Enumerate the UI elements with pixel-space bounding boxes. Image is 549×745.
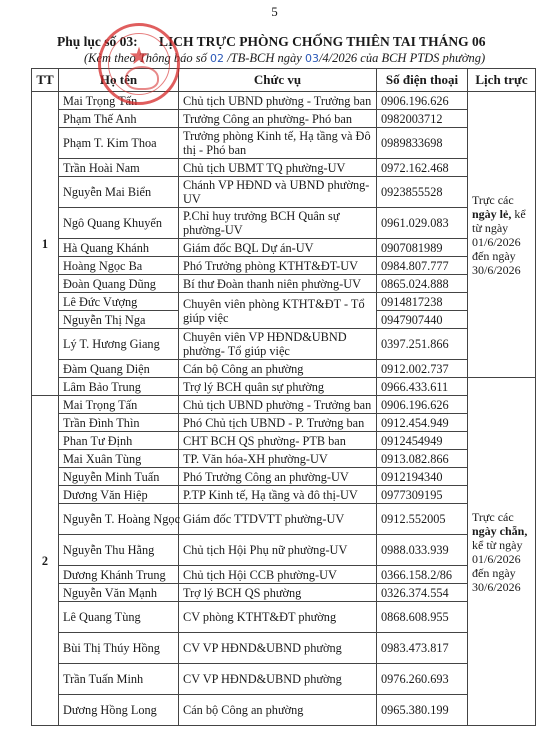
member-name: Lê Đức Vượng bbox=[59, 293, 179, 311]
member-role: Chuyên viên VP HĐND&UBND phường- Tổ giúp… bbox=[179, 329, 377, 360]
table-row: Nguyễn Văn MạnhTrợ lý BCH QS phường0326.… bbox=[32, 584, 536, 602]
member-role: Chủ tịch Hội CCB phường-UV bbox=[179, 566, 377, 584]
notice-day-handwritten: 03 bbox=[305, 52, 319, 65]
table-row: Nguyễn T. Hoàng NgọcGiám đốc TTDVTT phườ… bbox=[32, 504, 536, 535]
member-role: Chánh VP HĐND và UBND phường-UV bbox=[179, 177, 377, 208]
table-header-row: TT Họ tên Chức vụ Số điện thoại Lịch trự… bbox=[32, 69, 536, 92]
member-role: Phó Trưởng Công an phường-UV bbox=[179, 468, 377, 486]
table-row: 2Mai Trọng TấnChủ tịch UBND phường - Trư… bbox=[32, 396, 536, 414]
member-phone: 0912.002.737 bbox=[377, 360, 468, 378]
member-phone: 0976.260.693 bbox=[377, 664, 468, 695]
member-phone: 0923855528 bbox=[377, 177, 468, 208]
table-row: Lâm Bảo TrungTrợ lý BCH quân sự phường09… bbox=[32, 378, 536, 396]
table-row: Ngô Quang KhuyếnP.Chỉ huy trưởng BCH Quâ… bbox=[32, 208, 536, 239]
member-role: Chuyên viên phòng KTHT&ĐT - Tổ giúp việc bbox=[179, 293, 377, 329]
table-row: Dương Văn HiệpP.TP Kinh tế, Hạ tầng và đ… bbox=[32, 486, 536, 504]
table-row: Hà Quang KhánhGiám đốc BQL Dự án-UV09070… bbox=[32, 239, 536, 257]
table-row: Lê Quang TùngCV phòng KTHT&ĐT phường0868… bbox=[32, 602, 536, 633]
member-phone: 0906.196.626 bbox=[377, 396, 468, 414]
member-name: Mai Trọng Tấn bbox=[59, 396, 179, 414]
schedule-range: kể từ ngày 01/6/2026 đến ngày 30/6/2026 bbox=[472, 538, 523, 594]
member-phone: 0988.033.939 bbox=[377, 535, 468, 566]
member-name: Trần Hoài Nam bbox=[59, 159, 179, 177]
member-role: TP. Văn hóa-XH phường-UV bbox=[179, 450, 377, 468]
table-row: Nguyễn Mai BiểnChánh VP HĐND và UBND phư… bbox=[32, 177, 536, 208]
member-phone: 0983.473.817 bbox=[377, 633, 468, 664]
table-row: Đàm Quang DiệnCán bộ Công an phường0912.… bbox=[32, 360, 536, 378]
member-name: Đàm Quang Diện bbox=[59, 360, 179, 378]
table-row: Lê Đức VượngChuyên viên phòng KTHT&ĐT - … bbox=[32, 293, 536, 311]
table-row: Lý T. Hương GiangChuyên viên VP HĐND&UBN… bbox=[32, 329, 536, 360]
member-phone: 0982003712 bbox=[377, 110, 468, 128]
table-row: Nguyễn Thu HằngChủ tịch Hội Phụ nữ phườn… bbox=[32, 535, 536, 566]
member-name: Mai Trọng Tấn bbox=[59, 92, 179, 110]
member-name: Hà Quang Khánh bbox=[59, 239, 179, 257]
member-phone: 0366.158.2/86 bbox=[377, 566, 468, 584]
member-name: Nguyễn Thu Hằng bbox=[59, 535, 179, 566]
table-row: Phan Tư ĐịnhCHT BCH QS phường- PTB ban09… bbox=[32, 432, 536, 450]
member-name: Bùi Thị Thúy Hồng bbox=[59, 633, 179, 664]
table-row: Trần Đình ThìnPhó Chủ tịch UBND - P. Trư… bbox=[32, 414, 536, 432]
member-phone: 0868.608.955 bbox=[377, 602, 468, 633]
schedule-cell-group-1: Trực các ngày lẻ, kể từ ngày 01/6/2026 đ… bbox=[468, 92, 536, 378]
member-name: Phạm Thế Anh bbox=[59, 110, 179, 128]
member-phone: 0965.380.199 bbox=[377, 695, 468, 726]
schedule-prefix: Trực các bbox=[472, 193, 514, 207]
subtitle-prefix: (Kèm theo Thông báo số bbox=[84, 51, 210, 65]
page-number: 5 bbox=[0, 4, 549, 20]
member-role: Cán bộ Công an phường bbox=[179, 695, 377, 726]
group-number: 2 bbox=[32, 396, 59, 726]
member-name: Trần Tuấn Minh bbox=[59, 664, 179, 695]
member-role: Phó Trưởng phòng KTHT&ĐT-UV bbox=[179, 257, 377, 275]
member-name: Nguyễn Thị Nga bbox=[59, 311, 179, 329]
member-name: Hoàng Ngọc Ba bbox=[59, 257, 179, 275]
member-phone: 0966.433.611 bbox=[377, 378, 468, 396]
member-role: Chủ tịch Hội Phụ nữ phường-UV bbox=[179, 535, 377, 566]
column-header-name: Họ tên bbox=[59, 69, 179, 92]
member-role: CV phòng KTHT&ĐT phường bbox=[179, 602, 377, 633]
table-row: Trần Tuấn MinhCV VP HĐND&UBND phường0976… bbox=[32, 664, 536, 695]
member-role: Trưởng phòng Kinh tế, Hạ tầng và Đô thị … bbox=[179, 128, 377, 159]
member-phone: 0326.374.554 bbox=[377, 584, 468, 602]
member-name: Dương Văn Hiệp bbox=[59, 486, 179, 504]
member-name: Lâm Bảo Trung bbox=[59, 378, 179, 396]
member-phone: 0913.082.866 bbox=[377, 450, 468, 468]
member-phone: 0961.029.083 bbox=[377, 208, 468, 239]
table-row: Dương Khánh TrungChủ tịch Hội CCB phường… bbox=[32, 566, 536, 584]
member-role: Trưởng Công an phường- Phó ban bbox=[179, 110, 377, 128]
appendix-label: Phụ lục số 03: bbox=[57, 34, 138, 49]
schedule-day-type: ngày lẻ, bbox=[472, 207, 511, 221]
member-phone: 0865.024.888 bbox=[377, 275, 468, 293]
member-name: Trần Đình Thìn bbox=[59, 414, 179, 432]
member-name: Phan Tư Định bbox=[59, 432, 179, 450]
member-phone: 0397.251.866 bbox=[377, 329, 468, 360]
member-name: Nguyễn T. Hoàng Ngọc bbox=[59, 504, 179, 535]
member-phone: 0906.196.626 bbox=[377, 92, 468, 110]
member-phone: 0977309195 bbox=[377, 486, 468, 504]
member-name: Lý T. Hương Giang bbox=[59, 329, 179, 360]
member-name: Nguyễn Mai Biển bbox=[59, 177, 179, 208]
table-row: Phạm Thế AnhTrưởng Công an phường- Phó b… bbox=[32, 110, 536, 128]
member-name: Mai Xuân Tùng bbox=[59, 450, 179, 468]
member-role: Bí thư Đoàn thanh niên phường-UV bbox=[179, 275, 377, 293]
schedule-prefix: Trực các bbox=[472, 510, 514, 524]
table-row: Hoàng Ngọc BaPhó Trưởng phòng KTHT&ĐT-UV… bbox=[32, 257, 536, 275]
member-name: Đoàn Quang Dũng bbox=[59, 275, 179, 293]
member-phone: 0912.454.949 bbox=[377, 414, 468, 432]
table-row: 1Mai Trọng TấnChủ tịch UBND phường - Trư… bbox=[32, 92, 536, 110]
member-role: Chủ tịch UBMT TQ phường-UV bbox=[179, 159, 377, 177]
member-role: Trợ lý BCH QS phường bbox=[179, 584, 377, 602]
group-number: 1 bbox=[32, 92, 59, 396]
document-title: Phụ lục số 03: LỊCH TRỰC PHÒNG CHỐNG THI… bbox=[57, 34, 485, 50]
member-name: Phạm T. Kim Thoa bbox=[59, 128, 179, 159]
schedule-cell-group-2: Trực các ngày chẵn, kể từ ngày 01/6/2026… bbox=[468, 378, 536, 726]
member-phone: 0912194340 bbox=[377, 468, 468, 486]
column-header-role: Chức vụ bbox=[179, 69, 377, 92]
column-header-schedule: Lịch trực bbox=[468, 69, 536, 92]
table-row: Phạm T. Kim ThoaTrưởng phòng Kinh tế, Hạ… bbox=[32, 128, 536, 159]
document-subtitle: (Kèm theo Thông báo số 02 /TB-BCH ngày 0… bbox=[84, 51, 485, 66]
table-row: Nguyễn Minh TuấnPhó Trưởng Công an phườn… bbox=[32, 468, 536, 486]
table-row: Bùi Thị Thúy HồngCV VP HĐND&UBND phường0… bbox=[32, 633, 536, 664]
member-role: Chủ tịch UBND phường - Trưởng ban bbox=[179, 92, 377, 110]
table-row: Dương Hồng LongCán bộ Công an phường0965… bbox=[32, 695, 536, 726]
table-row: Trần Hoài NamChủ tịch UBMT TQ phường-UV0… bbox=[32, 159, 536, 177]
member-name: Lê Quang Tùng bbox=[59, 602, 179, 633]
member-role: Cán bộ Công an phường bbox=[179, 360, 377, 378]
member-role: Phó Chủ tịch UBND - P. Trưởng ban bbox=[179, 414, 377, 432]
member-phone: 0989833698 bbox=[377, 128, 468, 159]
member-phone: 0912.552005 bbox=[377, 504, 468, 535]
member-name: Ngô Quang Khuyến bbox=[59, 208, 179, 239]
member-name: Nguyễn Văn Mạnh bbox=[59, 584, 179, 602]
subtitle-suffix: /4/2026 của BCH PTDS phường) bbox=[319, 51, 485, 65]
member-role: Giám đốc TTDVTT phường-UV bbox=[179, 504, 377, 535]
column-header-tt: TT bbox=[32, 69, 59, 92]
member-role: Giám đốc BQL Dự án-UV bbox=[179, 239, 377, 257]
member-phone: 0912454949 bbox=[377, 432, 468, 450]
member-role: P.Chỉ huy trưởng BCH Quân sự phường-UV bbox=[179, 208, 377, 239]
schedule-day-type: ngày chẵn, bbox=[472, 524, 527, 538]
member-role: Chủ tịch UBND phường - Trưởng ban bbox=[179, 396, 377, 414]
table-row: Mai Xuân Tùng TP. Văn hóa-XH phường-UV09… bbox=[32, 450, 536, 468]
duty-schedule-table: TT Họ tên Chức vụ Số điện thoại Lịch trự… bbox=[31, 68, 536, 726]
member-phone: 0907081989 bbox=[377, 239, 468, 257]
member-role: Trợ lý BCH quân sự phường bbox=[179, 378, 377, 396]
member-role: P.TP Kinh tế, Hạ tầng và đô thị-UV bbox=[179, 486, 377, 504]
title-text: LỊCH TRỰC PHÒNG CHỐNG THIÊN TAI THÁNG 06 bbox=[159, 34, 485, 49]
member-role: CHT BCH QS phường- PTB ban bbox=[179, 432, 377, 450]
member-role: CV VP HĐND&UBND phường bbox=[179, 664, 377, 695]
member-name: Nguyễn Minh Tuấn bbox=[59, 468, 179, 486]
member-name: Dương Hồng Long bbox=[59, 695, 179, 726]
member-phone: 0984.807.777 bbox=[377, 257, 468, 275]
member-phone: 0947907440 bbox=[377, 311, 468, 329]
member-phone: 0914817238 bbox=[377, 293, 468, 311]
column-header-phone: Số điện thoại bbox=[377, 69, 468, 92]
member-phone: 0972.162.468 bbox=[377, 159, 468, 177]
notice-number-handwritten: 02 bbox=[210, 52, 224, 65]
subtitle-middle: /TB-BCH ngày bbox=[224, 51, 305, 65]
table-row: Đoàn Quang DũngBí thư Đoàn thanh niên ph… bbox=[32, 275, 536, 293]
member-role: CV VP HĐND&UBND phường bbox=[179, 633, 377, 664]
member-name: Dương Khánh Trung bbox=[59, 566, 179, 584]
